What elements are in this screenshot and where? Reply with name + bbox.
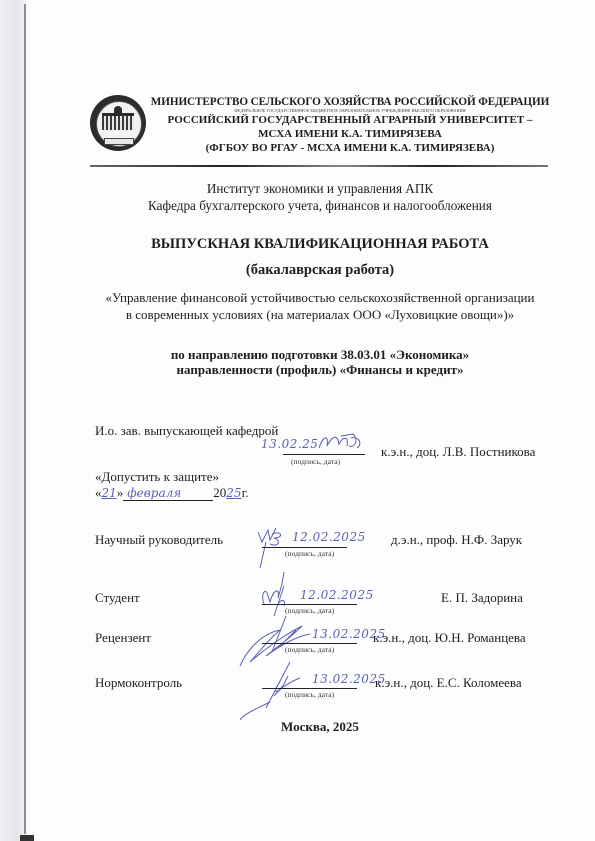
university-name-cont: МСХА ИМЕНИ К.А. ТИМИРЯЗЕВА [150, 128, 550, 140]
signature-line [262, 547, 347, 548]
scan-page-edge [24, 4, 26, 834]
direction-line-1: по направлению подготовки 38.03.01 «Экон… [60, 347, 580, 362]
head-of-department-person: к.э.н., доц. Л.В. Постникова [381, 444, 535, 460]
year-prefix: 20 [213, 485, 226, 500]
scan-shadow [0, 0, 26, 841]
university-logo-icon: 1865 [90, 95, 146, 151]
handwritten-date: 12.02.2025 [292, 530, 366, 544]
direction-line-2: направленности (профиль) «Финансы и кред… [60, 362, 580, 377]
year-end: г. [242, 485, 249, 500]
signature-line [262, 604, 357, 605]
topic-line-1: «Управление финансовой устойчивостью сел… [60, 289, 580, 306]
signature-icon [230, 652, 320, 722]
signatory-person-reviewer: к.э.н., доц. Ю.Н. Романцева [373, 630, 526, 646]
logo-year: 1865 [90, 130, 146, 136]
admit-label: «Допустить к защите» [95, 469, 219, 485]
signatory-role-normcontrol: Нормоконтроль [95, 675, 182, 691]
signature-line [283, 454, 365, 455]
handwritten-date: 12.02.2025 [300, 588, 374, 602]
signature-line [262, 643, 357, 644]
header-divider [90, 165, 548, 167]
signatory-role-reviewer: Рецензент [95, 630, 151, 646]
document-title: ВЫПУСКНАЯ КВАЛИФИКАЦИОННАЯ РАБОТА [60, 236, 580, 253]
quote-open: « [95, 485, 102, 500]
head-of-department-label: И.о. зав. выпускающей кафедрой [95, 423, 278, 439]
signature-caption: (подпись, дата) [285, 690, 334, 699]
university-abbr: (ФГБОУ ВО РГАУ - МСХА ИМЕНИ К.А. ТИМИРЯЗ… [150, 142, 550, 154]
signature-line [262, 688, 357, 689]
logo-banner [104, 138, 134, 145]
university-name: РОССИЙСКИЙ ГОСУДАРСТВЕННЫЙ АГРАРНЫЙ УНИВ… [150, 114, 550, 126]
signature-caption: (подпись, дата) [291, 457, 340, 466]
signatory-role-student: Студент [95, 590, 140, 606]
institute-name: Институт экономики и управления АПК [60, 181, 580, 197]
logo-building [102, 113, 134, 130]
signatory-person-normcontrol: к.э.н., доц. Е.С. Коломеева [375, 675, 522, 691]
ministry-name: МИНИСТЕРСТВО СЕЛЬСКОГО ХОЗЯЙСТВА РОССИЙС… [150, 96, 550, 108]
handwritten-date: 13.02.25 [261, 437, 318, 451]
study-direction: по направлению подготовки 38.03.01 «Экон… [60, 347, 580, 377]
admit-month: февраля [123, 486, 213, 501]
signature-caption: (подпись, дата) [285, 549, 334, 558]
signatory-role-supervisor: Научный руководитель [95, 532, 223, 548]
signatory-person-student: Е. П. Задорина [441, 590, 523, 606]
year-suffix: 25 [226, 486, 241, 500]
document-subtitle: (бакалаврская работа) [60, 262, 580, 279]
thesis-topic: «Управление финансовой устойчивостью сел… [60, 289, 580, 323]
scan-corner [20, 835, 34, 841]
admit-day: 21 [102, 486, 117, 500]
topic-line-2: в современных условиях (на материалах ОО… [60, 306, 580, 323]
institution-type: ФЕДЕРАЛЬНОЕ ГОСУДАРСТВЕННОЕ БЮДЖЕТНОЕ ОБ… [150, 108, 550, 113]
signature-icon [315, 430, 365, 454]
department-name: Кафедра бухгалтерского учета, финансов и… [60, 198, 580, 214]
city-year: Москва, 2025 [60, 719, 580, 735]
signatory-person-supervisor: д.э.н., проф. Н.Ф. Зарук [391, 532, 522, 548]
admit-date-line: «21»февраля2025г. [95, 485, 249, 501]
